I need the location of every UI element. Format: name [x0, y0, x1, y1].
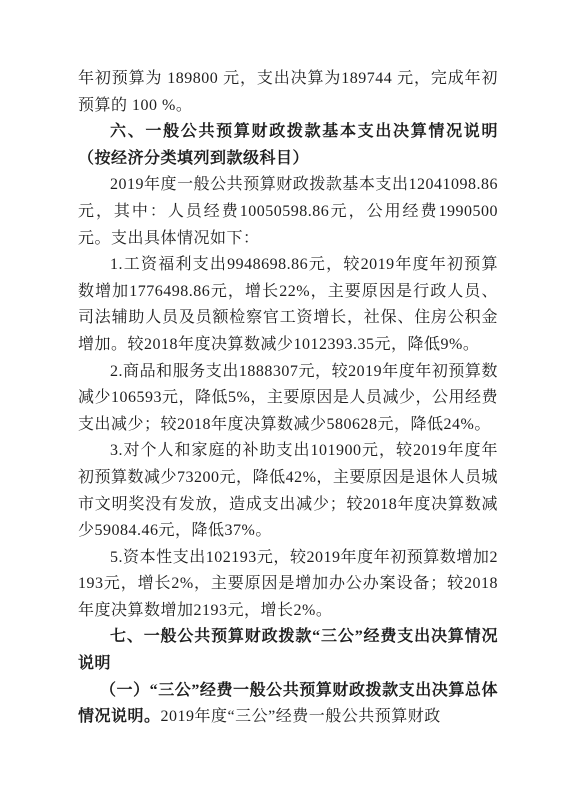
paragraph-item5-capital-expenditure: 5.资本性支出102193元，较2019年度年初预算数增加2193元，增长2%，…	[78, 545, 498, 625]
paragraph-sangong-overview: （一）“三公”经费一般公共预算财政拨款支出决算总体情况说明。2019年度“三公”…	[78, 678, 498, 731]
paragraph-item2-goods-services: 2.商品和服务支出1888307元，较2019年度年初预算数减少106593元，…	[78, 359, 498, 439]
sangong-overview-rest: 2019年度“三公”经费一般公共预算财政	[161, 708, 441, 725]
section-heading-seven: 七、一般公共预算财政拨款“三公”经费支出决算情况说明	[78, 624, 498, 677]
document-page: 年初预算为 189800 元，支出决算为189744 元，完成年初预算的 100…	[0, 0, 565, 800]
paragraph-item3-individual-family-subsidy: 3.对个人和家庭的补助支出101900元，较2019年度年初预算数减少73200…	[78, 438, 498, 544]
section-heading-six: 六、一般公共预算财政拨款基本支出决算情况说明（按经济分类填列到款级科目）	[78, 119, 498, 172]
paragraph-item1-wages-welfare: 1.工资福利支出9948698.86元，较2019年度年初预算数增加177649…	[78, 252, 498, 358]
paragraph-basic-expenditure-overview: 2019年度一般公共预算财政拨款基本支出12041098.86元，其中：人员经费…	[78, 172, 498, 252]
document-content: 年初预算为 189800 元，支出决算为189744 元，完成年初预算的 100…	[78, 66, 498, 731]
paragraph-budget-completion: 年初预算为 189800 元，支出决算为189744 元，完成年初预算的 100…	[78, 66, 498, 119]
